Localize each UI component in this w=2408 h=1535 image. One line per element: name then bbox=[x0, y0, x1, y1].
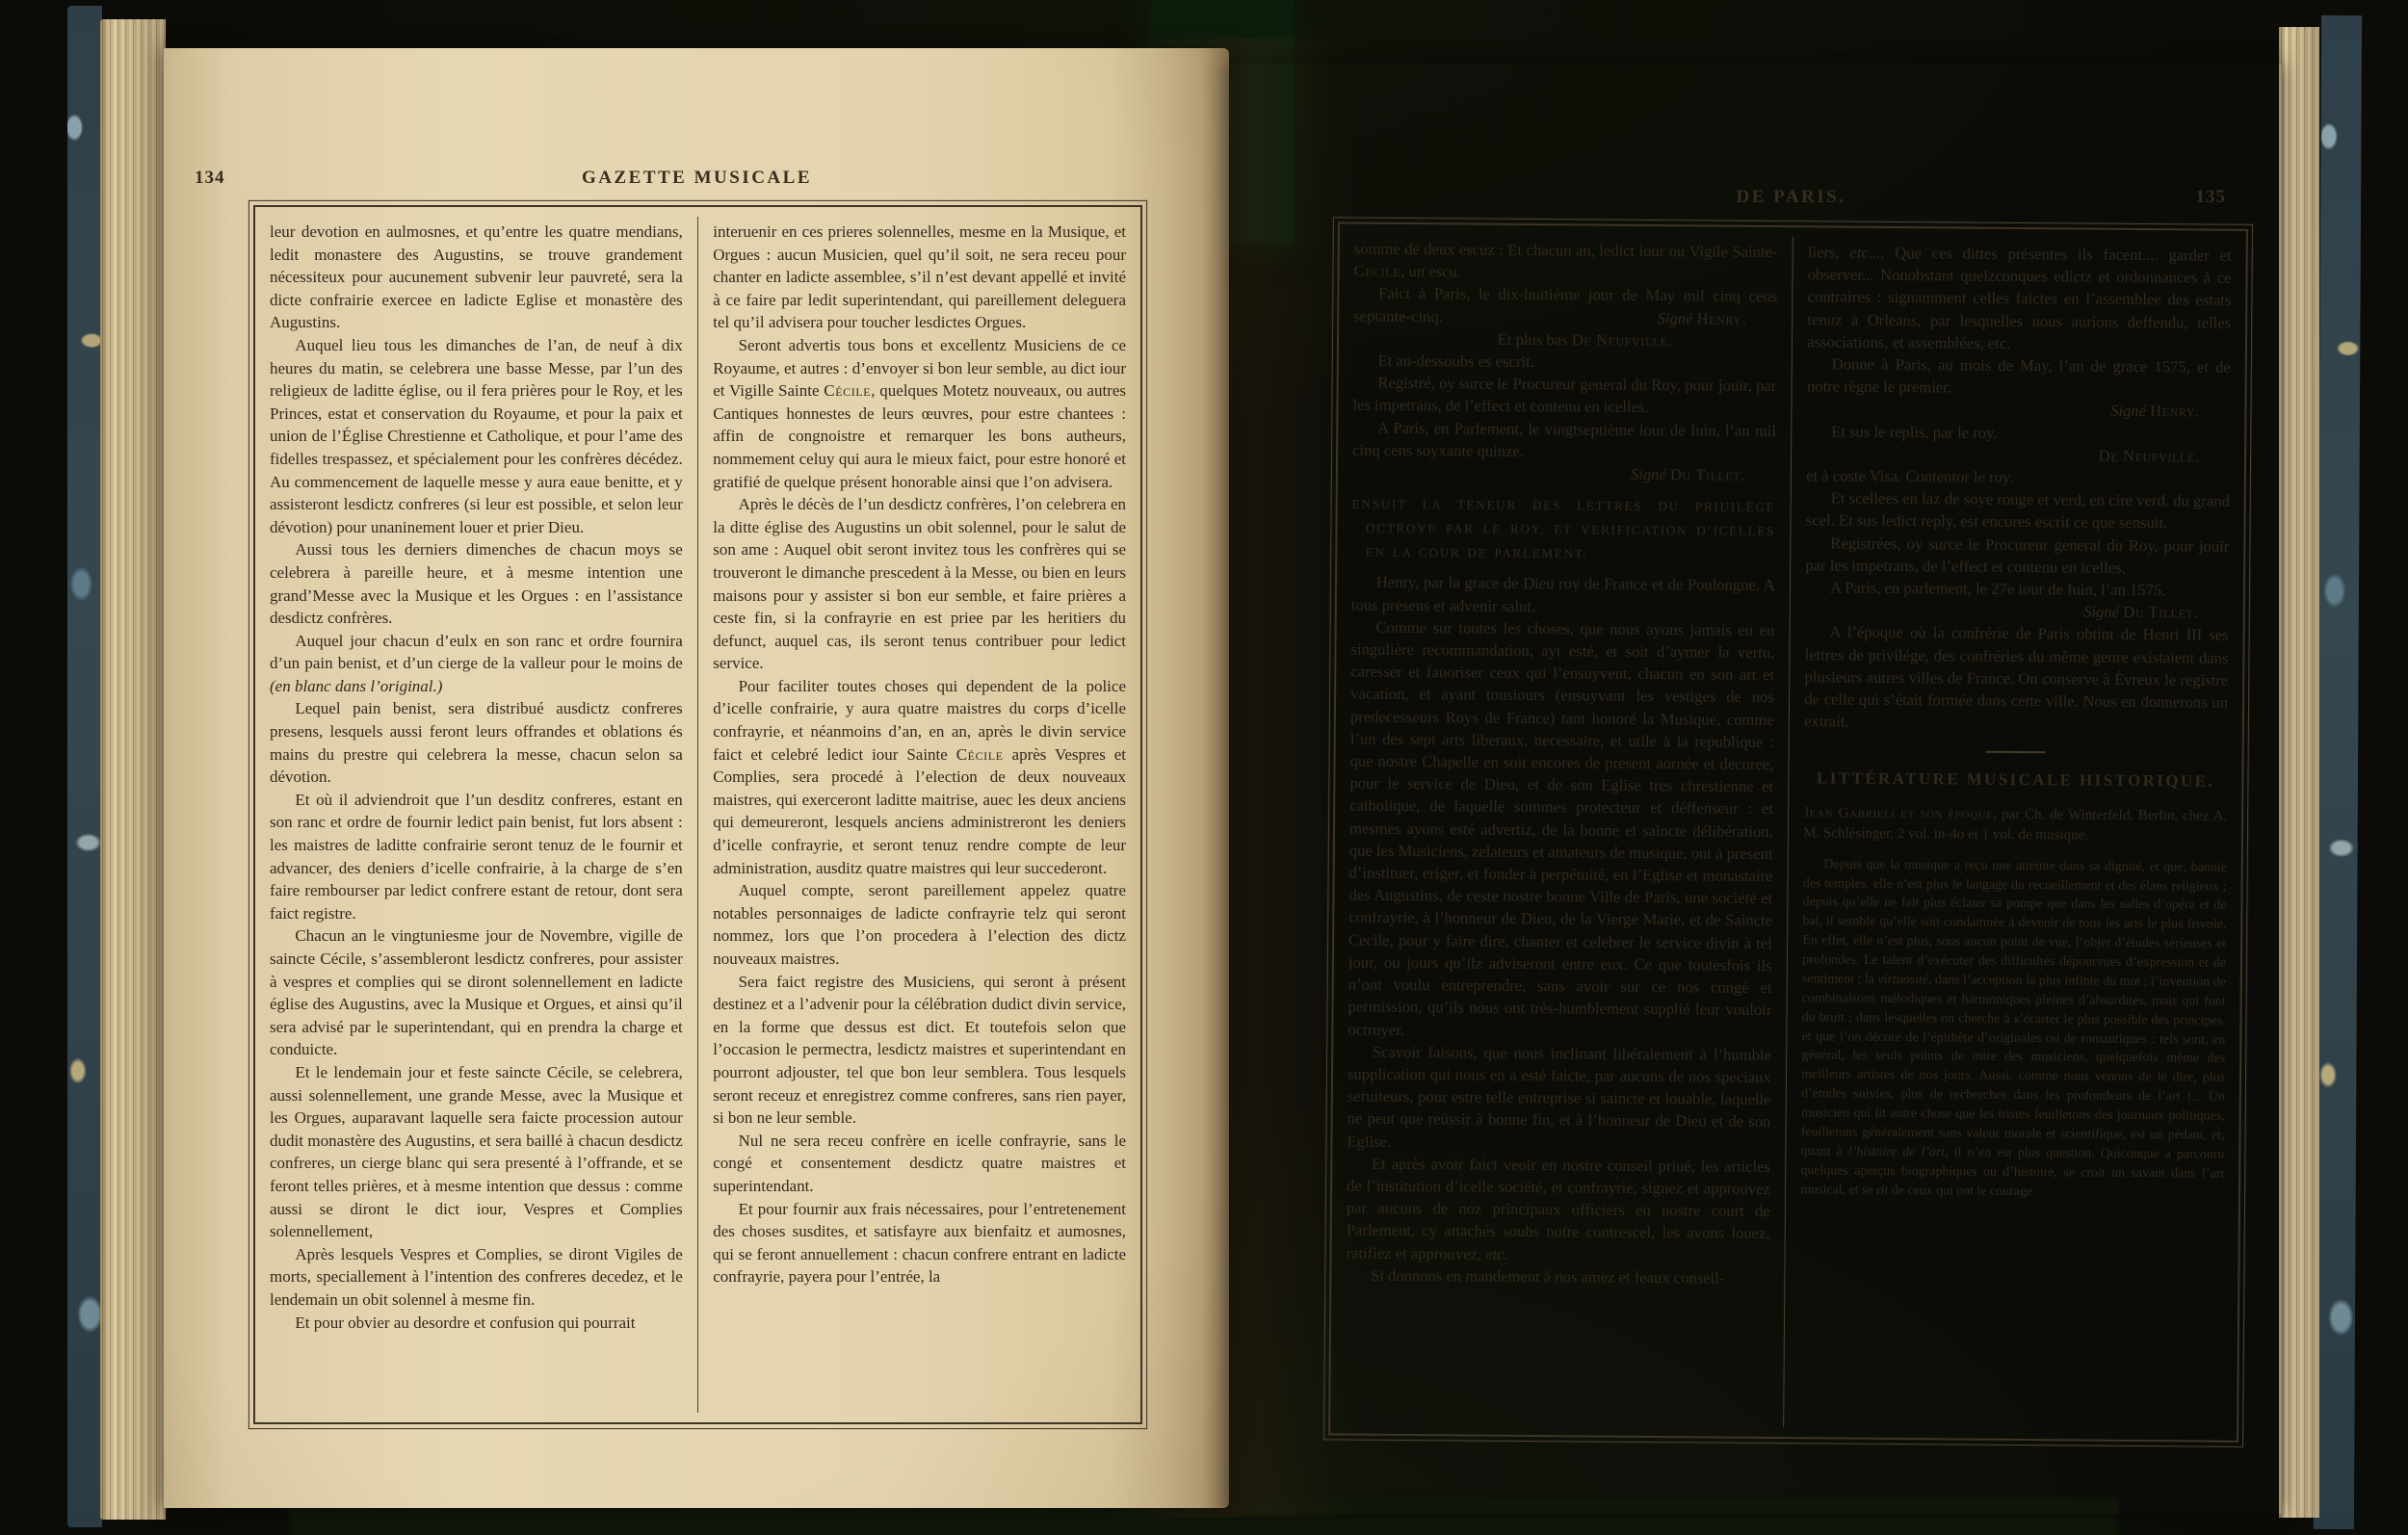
paragraph: ENSUIT LA TENEUR DES LETTRES DU PRIUILÈG… bbox=[1351, 492, 1775, 568]
paragraph: Après le décès de l’un desdictz confrère… bbox=[713, 493, 1126, 675]
book-photo: 134 GAZETTE MUSICALE leur devotion en au… bbox=[0, 0, 2408, 1535]
paragraph: Nul ne sera receu confrère en icelle con… bbox=[713, 1130, 1126, 1198]
page-number: 134 bbox=[195, 168, 225, 189]
paragraph: Si donnons en mandement à nos amez et fe… bbox=[1346, 1263, 1769, 1289]
paragraph: Et au-dessoubs es escrit. bbox=[1353, 350, 1777, 376]
paragraph: Depuis que la musique a reçu une atteint… bbox=[1800, 855, 2227, 1203]
paragraph: somme de deux escuz : Et chacun an, ledi… bbox=[1353, 238, 1777, 286]
left-page-column-1: leur devotion en aulmosnes, et qu’entre … bbox=[255, 207, 697, 1422]
paragraph: Auquel lieu tous les dimanches de l’an, … bbox=[270, 334, 683, 538]
paragraph: Signé Du Tillet. bbox=[1805, 599, 2229, 625]
paragraph: Et scellees en laz de soye rouge et verd… bbox=[1806, 487, 2230, 535]
paragraph: A Paris, en parlement, le 27e iour de Iu… bbox=[1805, 576, 2229, 602]
section-heading: LITTÉRATURE MUSICALE HISTORIQUE. bbox=[1804, 767, 2228, 794]
right-page-column-1: somme de deux escuz : Et chacun an, ledi… bbox=[1330, 223, 1793, 1437]
text-frame-right: somme de deux escuz : Et chacun an, ledi… bbox=[1323, 217, 2253, 1446]
paragraph: Chacun an le vingtuniesme jour de Novemb… bbox=[270, 924, 683, 1061]
paragraph: A Paris, en Parlement, le vingtseptième … bbox=[1352, 416, 1776, 464]
left-page-column-2: interuenir en ces prieres solennelles, m… bbox=[698, 207, 1140, 1422]
paragraph: A l’époque où la confrérie de Paris obti… bbox=[1804, 621, 2229, 736]
paragraph: Sera faict registre des Musiciens, qui s… bbox=[713, 971, 1126, 1130]
page-number: 135 bbox=[2196, 187, 2227, 208]
paragraph: et à coste Visa. Contentor le roy. bbox=[1806, 464, 2230, 490]
paragraph: Comme sur toutes les choses, que nous ay… bbox=[1348, 615, 1774, 1043]
paragraph: Et pour fournir aux frais nécessaires, p… bbox=[713, 1198, 1126, 1288]
paragraph: Henry, par la grace de Dieu roy de Franc… bbox=[1351, 571, 1775, 619]
paragraph: Et pour obvier au desordre et confusion … bbox=[270, 1312, 683, 1335]
page-header-title: DE PARIS. bbox=[1332, 187, 2250, 208]
paragraph: Et où il adviendroit que l’un desditz co… bbox=[270, 789, 683, 925]
paragraph: Et plus bas De Neufville. bbox=[1353, 326, 1777, 352]
paragraph: Et après avoir faict veoir en nostre con… bbox=[1346, 1152, 1770, 1266]
paragraph: Et sus le replis, par le roy. bbox=[1806, 420, 2230, 446]
book-cover-left-marble bbox=[67, 6, 102, 1527]
section-divider bbox=[1986, 751, 2046, 753]
paragraph: leur devotion en aulmosnes, et qu’entre … bbox=[270, 221, 683, 334]
paragraph: Après lesquels Vespres et Complies, se d… bbox=[270, 1243, 683, 1312]
paragraph: Jean Gabrieli et son époque, par Ch. de … bbox=[1803, 803, 2227, 846]
frame-inner: somme de deux escuz : Et chacun an, ledi… bbox=[1330, 223, 2246, 1440]
paragraph: Auquel jour chacun d’eulx en son ranc et… bbox=[270, 630, 683, 698]
right-page: DE PARIS. 135 somme de deux escuz : Et c… bbox=[1230, 64, 2282, 1514]
paragraph: Signé Du Tillet. bbox=[1352, 461, 1776, 487]
page-stack-edge-right bbox=[2279, 27, 2319, 1518]
paragraph: Registrées, oy surce le Procureur genera… bbox=[1805, 532, 2229, 580]
paragraph: Donne à Paris, au mois de May, l’an de g… bbox=[1807, 352, 2231, 401]
right-page-column-2: liers, etc.... Que ces dittes présentes … bbox=[1784, 227, 2246, 1441]
paragraph: De Neufville. bbox=[1806, 442, 2230, 468]
paragraph: Lequel pain benist, sera distribué ausdi… bbox=[270, 697, 683, 788]
paragraph: Et le lendemain jour et feste saincte Cé… bbox=[270, 1061, 683, 1243]
paragraph: Signé Henry. bbox=[1807, 398, 2231, 424]
paragraph: Scavoir faisons, que nous inclinant libé… bbox=[1347, 1040, 1771, 1155]
paragraph: Pour faciliter toutes choses qui depende… bbox=[713, 675, 1126, 879]
page-header-title: GAZETTE MUSICALE bbox=[249, 168, 1145, 189]
paragraph: liers, etc.... Que ces dittes présentes … bbox=[1807, 241, 2232, 355]
page-stack-edge-left bbox=[100, 19, 166, 1520]
left-page: 134 GAZETTE MUSICALE leur devotion en au… bbox=[164, 48, 1229, 1508]
paragraph: Registré, oy surce le Procureur general … bbox=[1352, 372, 1776, 420]
paragraph: Auquel compte, seront pareillement appel… bbox=[713, 879, 1126, 970]
frame-inner: leur devotion en aulmosnes, et qu’entre … bbox=[255, 207, 1140, 1422]
paragraph: interuenir en ces prieres solennelles, m… bbox=[713, 221, 1126, 334]
book-cover-right-marble bbox=[2314, 15, 2362, 1529]
text-frame-left: leur devotion en aulmosnes, et qu’entre … bbox=[249, 200, 1147, 1429]
paragraph: Seront advertis tous bons et excellentz … bbox=[713, 334, 1126, 493]
paragraph: Aussi tous les derniers dimenches de cha… bbox=[270, 538, 683, 629]
